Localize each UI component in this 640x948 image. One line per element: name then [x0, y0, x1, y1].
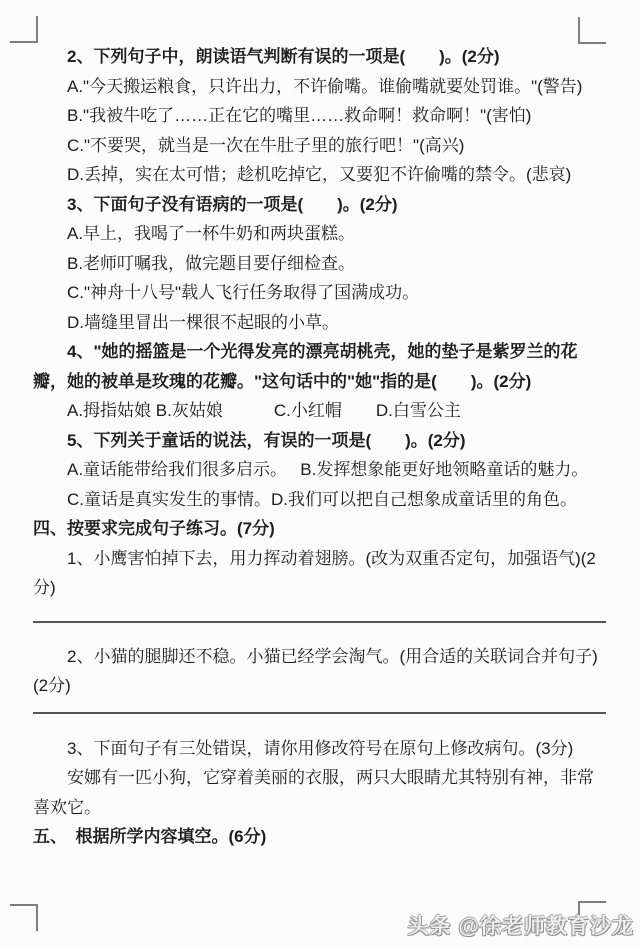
question-5-options-line-1: A.童话能带给我们很多启示。 B.发挥想象能更好地领略童话的魅力。 — [33, 455, 606, 485]
question-2-option-c: C."不要哭，就当是一次在牛肚子里的旅行吧！"(高兴) — [33, 131, 606, 161]
section-4-header: 四、按要求完成句子练习。(7分) — [33, 514, 606, 544]
section-4-sentence: 安娜有一匹小狗，它穿着美丽的衣服，两只大眼睛尤其特别有神，非常喜欢它。 — [33, 763, 606, 822]
question-3-option-d: D.墙缝里冒出一棵很不起眼的小草。 — [33, 308, 606, 338]
question-4-options: A.拇指姑娘 B.灰姑娘 C.小红帽 D.白雪公主 — [33, 396, 606, 426]
question-2-option-a: A."今天搬运粮食，只许出力，不许偷嘴。谁偷嘴就要处罚谁。"(警告) — [33, 72, 606, 102]
section-4-item-3: 3、下面句子有三处错误，请你用修改符号在原句上修改病句。(3分) — [33, 734, 606, 764]
question-2-header: 2、下列句子中，朗读语气判断有误的一项是( )。(2分) — [33, 42, 606, 72]
answer-line-2 — [33, 712, 606, 714]
question-3-option-a: A.早上，我喝了一杯牛奶和两块蛋糕。 — [33, 219, 606, 249]
exam-page: 2、下列句子中，朗读语气判断有误的一项是( )。(2分) A."今天搬运粮食，只… — [0, 0, 640, 948]
exam-content: 2、下列句子中，朗读语气判断有误的一项是( )。(2分) A."今天搬运粮食，只… — [33, 42, 606, 852]
question-3-header: 3、下面句子没有语病的一项是( )。(2分) — [33, 190, 606, 220]
question-2-option-d: D.丢掉，实在太可惜；趁机吃掉它，又要犯不许偷嘴的禁令。(悲哀) — [33, 160, 606, 190]
section-4-item-2: 2、小猫的腿脚还不稳。小猫已经学会淘气。(用合适的关联词合并句子)(2分) — [33, 642, 606, 701]
section-4-item-1: 1、小鹰害怕掉下去，用力挥动着翅膀。(改为双重否定句，加强语气)(2分) — [33, 544, 606, 603]
question-3-option-c: C."神舟十八号"载人飞行任务取得了国满成功。 — [33, 278, 606, 308]
answer-line-1 — [33, 621, 606, 623]
question-3-option-b: B.老师叮嘱我，做完题目要仔细检查。 — [33, 249, 606, 279]
crop-mark-bottom-left — [10, 904, 38, 931]
watermark-toutiao: 头条 @徐老师教育沙龙 — [408, 910, 634, 940]
question-2-option-b: B."我被牛吃了……正在它的嘴里……救命啊！救命啊！"(害怕) — [33, 101, 606, 131]
question-5-header: 5、下列关于童话的说法，有误的一项是( )。(2分) — [33, 426, 606, 456]
section-5-header: 五、 根据所学内容填空。(6分) — [33, 822, 606, 852]
crop-mark-top-left — [10, 16, 38, 43]
question-5-options-line-2: C.童话是真实发生的事情。D.我们可以把自己想象成童话里的角色。 — [33, 485, 606, 515]
question-4-header: 4、"她的摇篮是一个光得发亮的漂亮胡桃壳，她的垫子是紫罗兰的花瓣，她的被单是玫瑰… — [33, 337, 606, 396]
crop-mark-top-right — [578, 17, 606, 44]
